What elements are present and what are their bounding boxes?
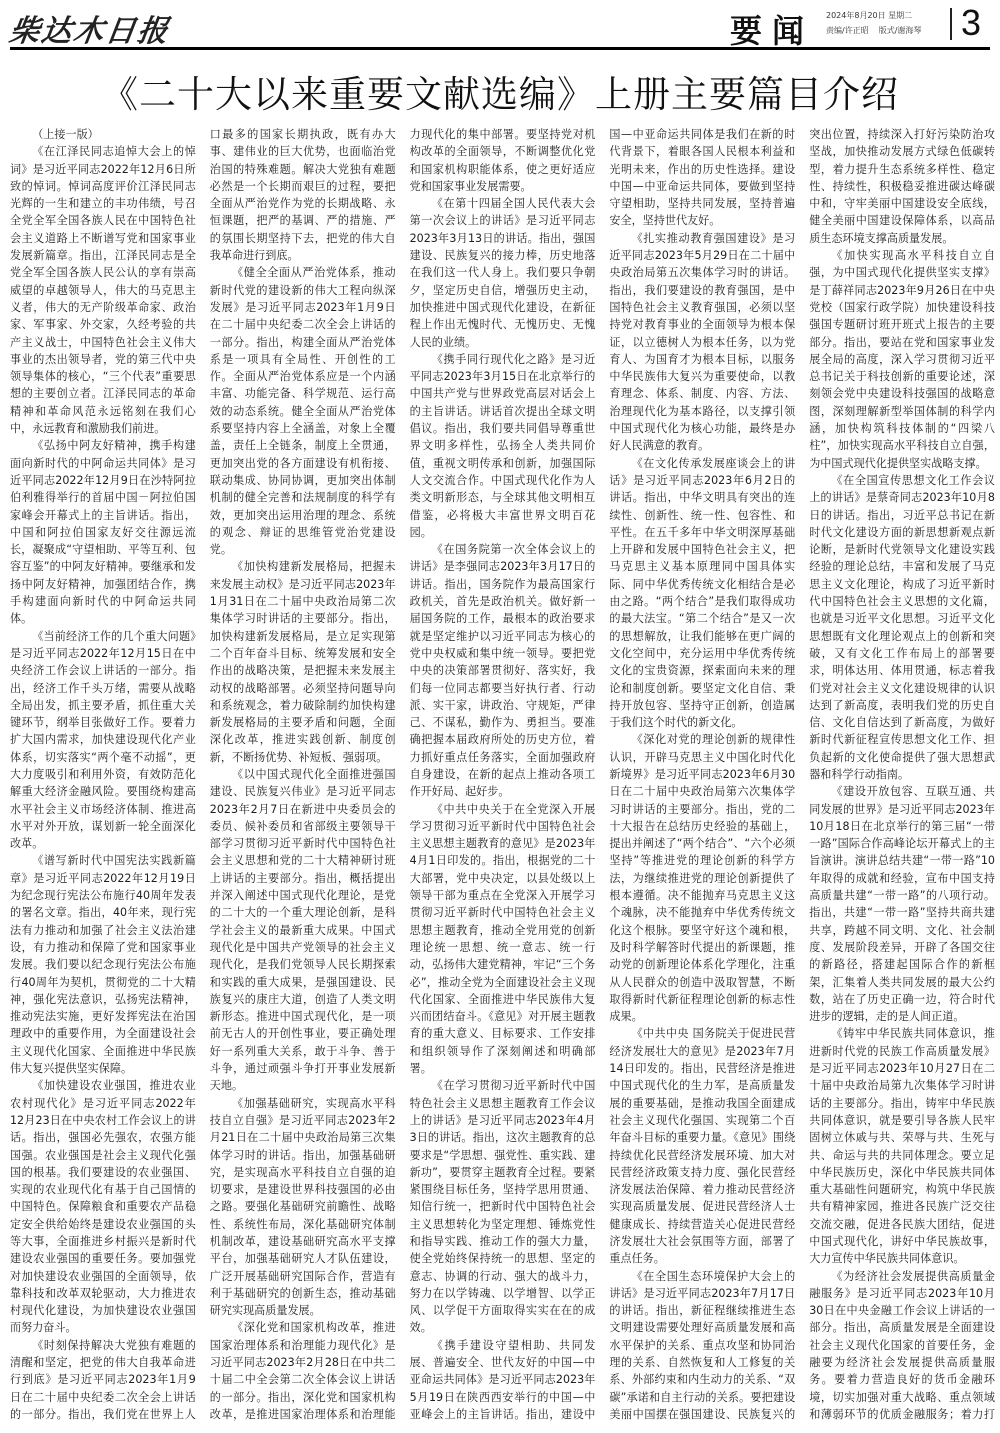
- paragraph: 《中共中央关于在全党深入开展学习贯彻习近平新时代中国特色社会主义思想主题教育的意…: [410, 801, 596, 1078]
- paragraph: 《在文化传承发展座谈会上的讲话》是习近平同志2023年6月2日的讲话。指出，中华…: [609, 455, 795, 732]
- paragraph: 《加快实现高水平科技自立自强，为中国式现代化提供坚实支撑》是丁薛祥同志2023年…: [809, 247, 995, 472]
- paragraph: 《扎实推动教育强国建设》是习近平同志2023年5月29日在二十届中央政治局第五次…: [609, 230, 795, 455]
- article-headline: 《二十大以来重要文献选编》上册主要篇目介绍: [0, 64, 1000, 118]
- masthead-rule: [10, 47, 990, 50]
- newspaper-logo: 柴达木日报: [7, 6, 173, 50]
- paragraph: 《铸牢中华民族共同体意识，推进新时代党的民族工作高质量发展》是习近平同志2023…: [809, 1025, 995, 1267]
- paragraph: 《在第十四届全国人民代表大会第一次会议上的讲话》是习近平同志2023年3月13日…: [410, 195, 596, 351]
- layout-credit: 版式/谢海琴: [879, 26, 922, 35]
- paragraph: 《建设开放包容、互联互通、共同发展的世界》是习近平同志2023年10月18日在北…: [809, 783, 995, 1025]
- paragraph: 《以中国式现代化全面推进强国建设、民族复兴伟业》是习近平同志2023年2月7日在…: [210, 766, 396, 1095]
- paragraph: 《加快构建新发展格局，把握未来发展主动权》是习近平同志2023年1月31日在二十…: [210, 558, 396, 766]
- paragraph: 《中共中央 国务院关于促进民营经济发展壮大的意见》是2023年7月14日印发的。…: [609, 1025, 795, 1267]
- page-number: 3: [961, 2, 981, 44]
- masthead: 柴达木日报 要闻 2024年8月20日 星期二 责编/许正昭版式/谢海琴 3: [0, 0, 1000, 52]
- issue-date: 2024年8月20日 星期二: [826, 8, 931, 23]
- paragraph: 《携手同行现代化之路》是习近平同志2023年3月15日在北京举行的中国共产党与世…: [410, 351, 596, 541]
- article-body: （上接一版） 《在江泽民同志追悼大会上的悼词》是习近平同志2022年12月6日所…: [10, 126, 995, 1426]
- paragraph: 《在国务院第一次全体会议上的讲话》是李强同志2023年3月17日的讲话。指出，国…: [410, 541, 596, 800]
- continued-note: （上接一版）: [10, 126, 196, 143]
- paragraph: 《深化对党的理论创新的规律性认识，开辟马克思主义中国化时代化新境界》是习近平同志…: [609, 731, 795, 1025]
- paragraph: 《加强基础研究，实现高水平科技自立自强》是习近平同志2023年2月21日在二十届…: [210, 1095, 396, 1320]
- paragraph: 《在江泽民同志追悼大会上的悼词》是习近平同志2022年12月6日所致的悼词。悼词…: [10, 143, 196, 437]
- page-meta: 2024年8月20日 星期二 责编/许正昭版式/谢海琴: [826, 8, 931, 38]
- divider: [950, 8, 952, 40]
- paragraph: 《谱写新时代中国宪法实践新篇章》是习近平同志2022年12月19日为纪念现行宪法…: [10, 852, 196, 1077]
- paragraph: 《在学习贯彻习近平新时代中国特色社会主义思想主题教育工作会议上的讲话》是习近平同…: [410, 1077, 596, 1336]
- section-title: 要闻: [730, 6, 814, 52]
- paragraph: 《加快建设农业强国，推进农业农村现代化》是习近平同志2022年12月23日在中央…: [10, 1077, 196, 1336]
- paragraph: 《当前经济工作的几个重大问题》是习近平同志2022年12月15日在中央经济工作会…: [10, 628, 196, 853]
- editor-credit: 责编/许正昭: [826, 26, 869, 35]
- paragraph: 《健全全面从严治党体系，推动新时代党的建设新的伟大工程向纵深发展》是习近平同志2…: [210, 264, 396, 558]
- paragraph: 《在全国宣传思想文化工作会议上的讲话》是蔡奇同志2023年10月8日的讲话。指出…: [809, 472, 995, 783]
- paragraph: 《弘扬中阿友好精神，携手构建面向新时代的中阿命运共同体》是习近平同志2022年1…: [10, 437, 196, 627]
